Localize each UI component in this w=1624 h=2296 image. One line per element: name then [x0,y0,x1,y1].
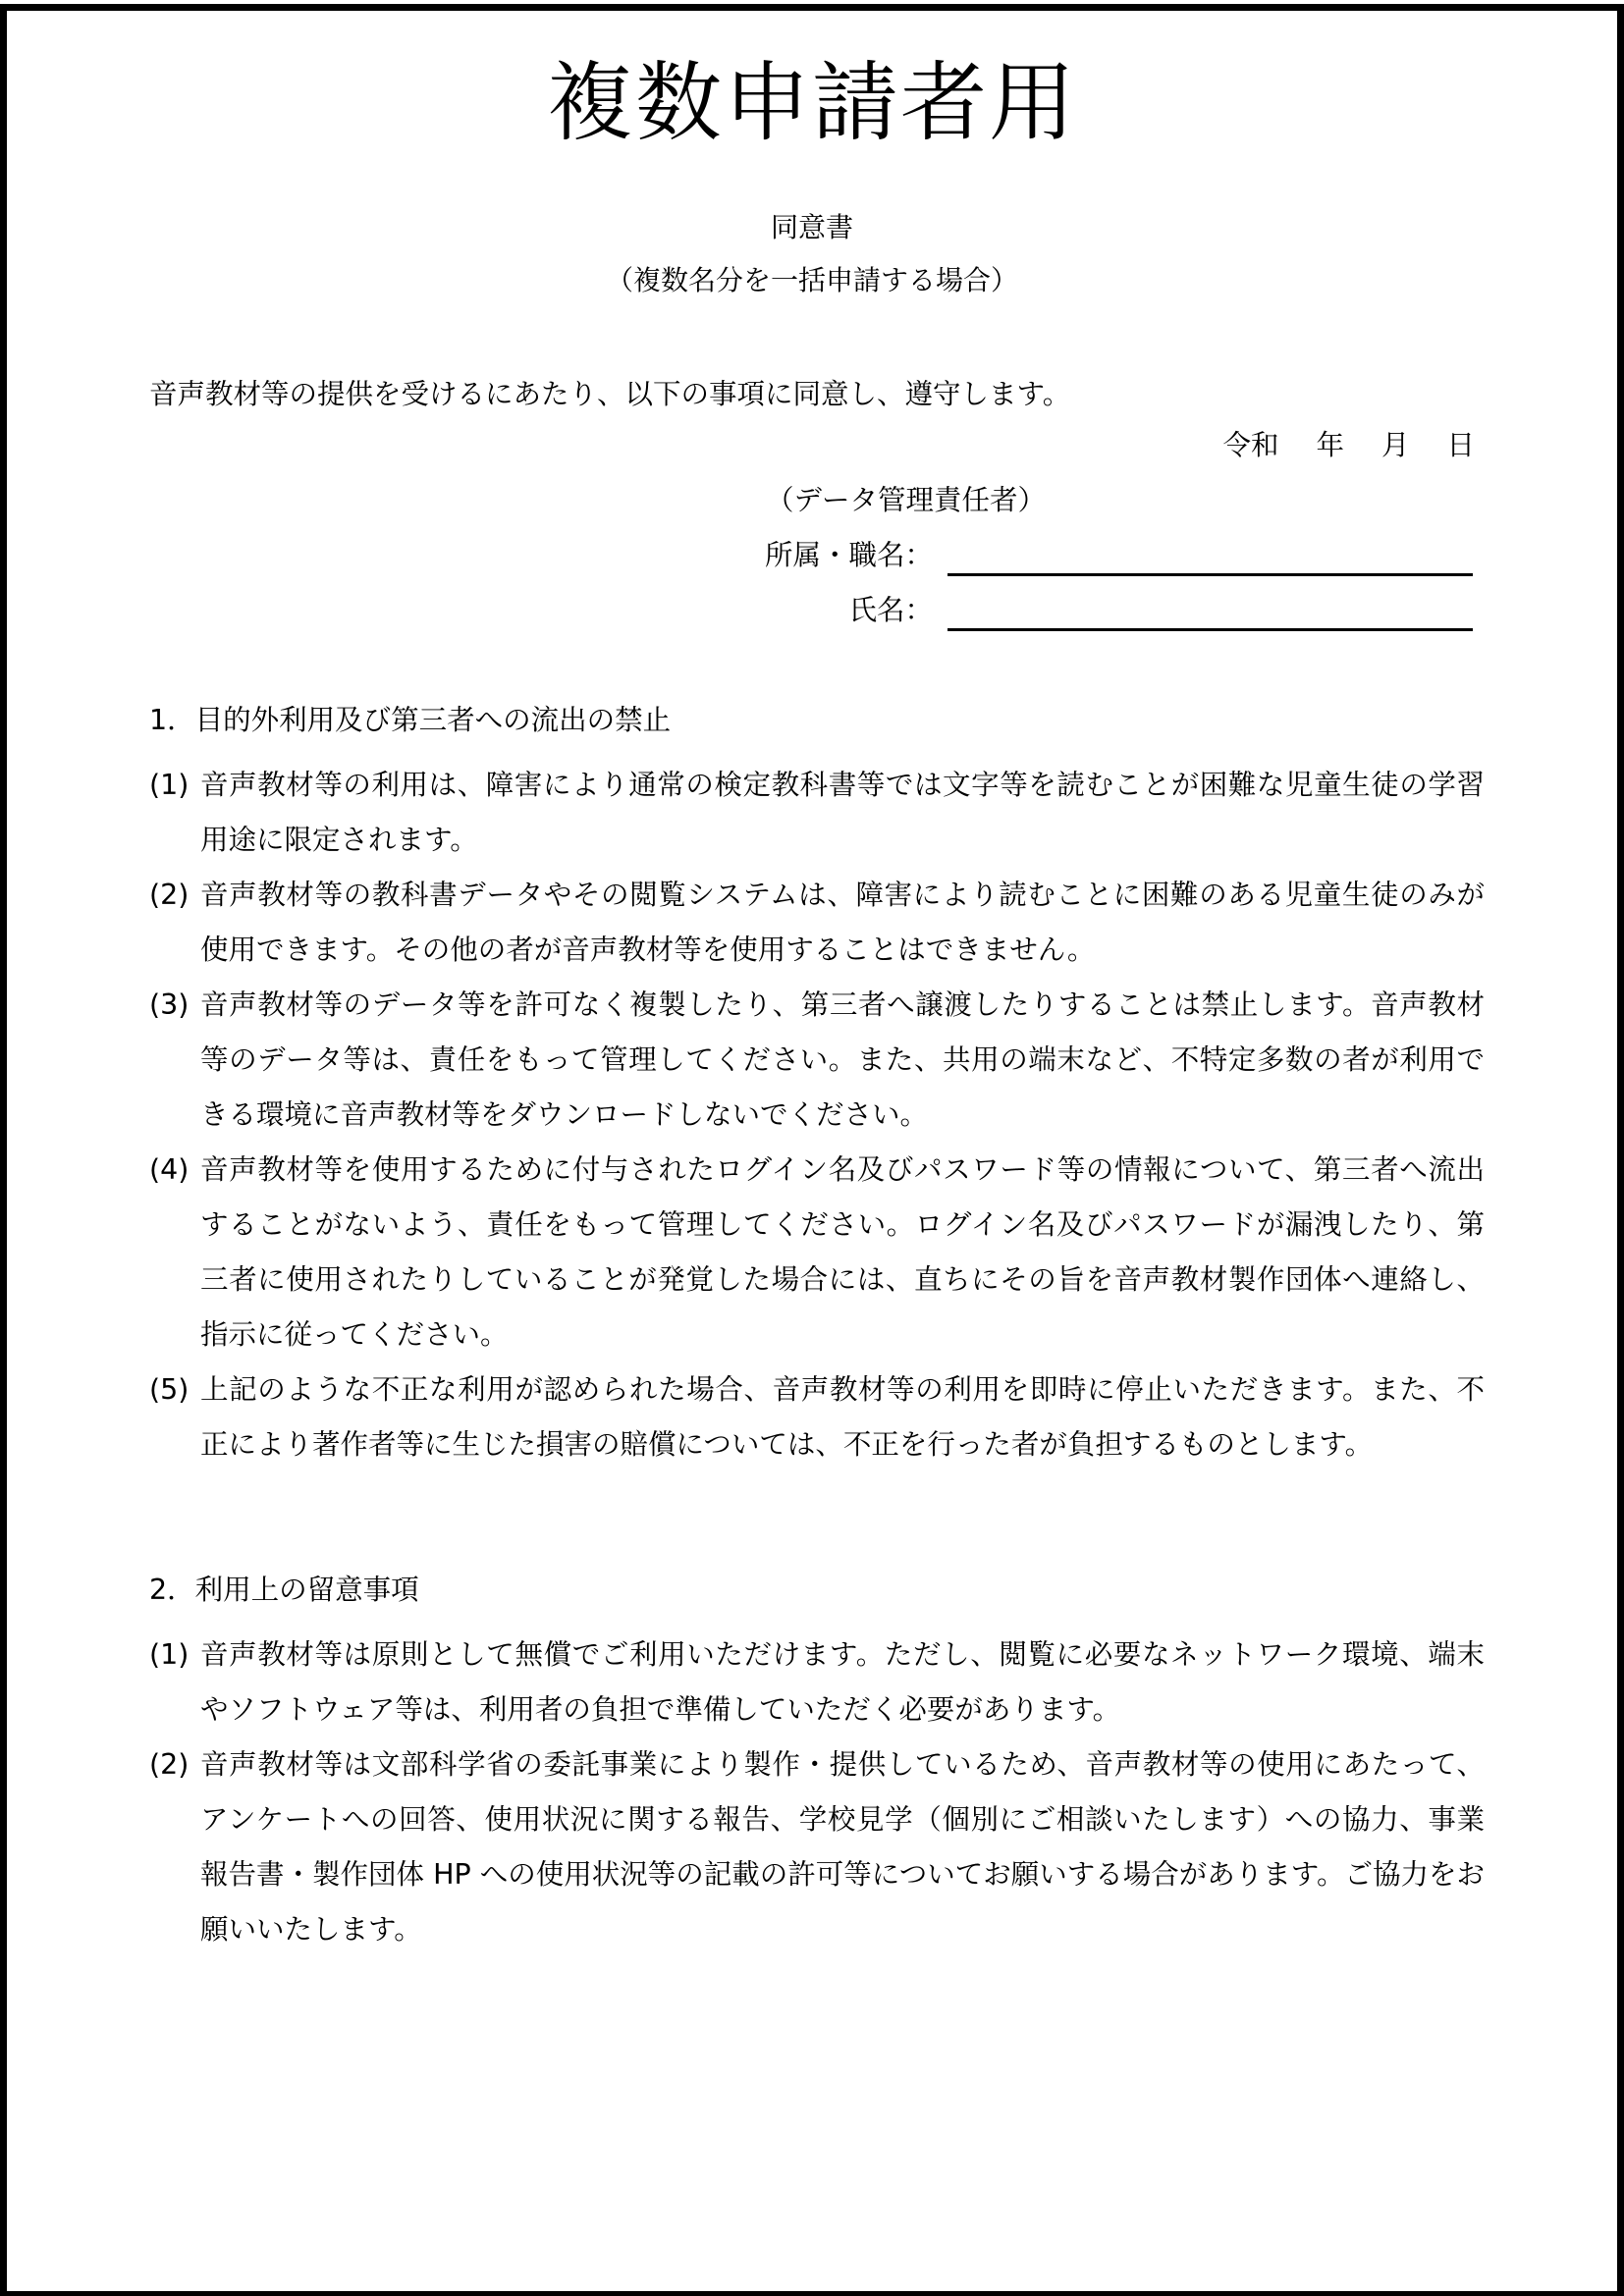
item-text: 音声教材等のデータ等を許可なく複製したり、第三者へ譲渡したりすることは禁止します… [200,978,1485,1143]
section-1-heading: 1．目的外利用及び第三者への流出の禁止 [149,703,1485,758]
affiliation-label: 所属・職名： [638,538,933,573]
section-2-heading: 2．利用上の留意事項 [149,1573,1485,1628]
section-2: 2．利用上の留意事項 (1) 音声教材等は原則として無償でご利用いただけます。た… [149,1573,1485,1957]
document-title: 複数申請者用 [0,49,1624,157]
section-1-item-2: (2) 音声教材等の教科書データやその閲覧システムは、障害により読むことに困難の… [149,868,1485,978]
section-2-item-2: (2) 音声教材等は文部科学省の委託事業により製作・提供しているため、音声教材等… [149,1737,1485,1957]
item-text: 音声教材等は原則として無償でご利用いただけます。ただし、閲覧に必要なネットワーク… [200,1628,1485,1737]
name-label: 氏名： [638,593,933,628]
date-line: 令和 年 月 日 [1222,428,1475,463]
document-subheading: （複数名分を一括申請する場合） [0,263,1624,298]
item-number: (4) [149,1143,200,1362]
section-1-item-3: (3) 音声教材等のデータ等を許可なく複製したり、第三者へ譲渡したりすることは禁… [149,978,1485,1143]
date-day-label: 日 [1446,428,1475,463]
item-number: (1) [149,1628,200,1737]
date-era: 令和 [1222,428,1278,463]
name-field[interactable] [947,628,1473,631]
item-text: 上記のような不正な利用が認められた場合、音声教材等の利用を即時に停止いただきます… [200,1362,1485,1472]
item-text: 音声教材等は文部科学省の委託事業により製作・提供しているため、音声教材等の使用に… [200,1737,1485,1957]
section-1: 1．目的外利用及び第三者への流出の禁止 (1) 音声教材等の利用は、障害により通… [149,703,1485,1472]
section-1-item-5: (5) 上記のような不正な利用が認められた場合、音声教材等の利用を即時に停止いた… [149,1362,1485,1472]
intro-statement: 音声教材等の提供を受けるにあたり、以下の事項に同意し、遵守します。 [149,377,1070,412]
document-heading: 同意書 [0,210,1624,245]
item-text: 音声教材等の利用は、障害により通常の検定教科書等では文字等を読むことが困難な児童… [200,758,1485,868]
affiliation-field[interactable] [947,573,1473,576]
date-year-label: 年 [1316,428,1344,463]
date-month-label: 月 [1381,428,1410,463]
item-text: 音声教材等の教科書データやその閲覧システムは、障害により読むことに困難のある児童… [200,868,1485,978]
section-1-item-1: (1) 音声教材等の利用は、障害により通常の検定教科書等では文字等を読むことが困… [149,758,1485,868]
item-number: (2) [149,1737,200,1957]
item-number: (3) [149,978,200,1143]
item-text: 音声教材等を使用するために付与されたログイン名及びパスワード等の情報について、第… [200,1143,1485,1362]
section-2-item-1: (1) 音声教材等は原則として無償でご利用いただけます。ただし、閲覧に必要なネッ… [149,1628,1485,1737]
section-1-item-4: (4) 音声教材等を使用するために付与されたログイン名及びパスワード等の情報につ… [149,1143,1485,1362]
item-number: (5) [149,1362,200,1472]
item-number: (2) [149,868,200,978]
signature-role: （データ管理責任者） [766,483,1046,518]
item-number: (1) [149,758,200,868]
